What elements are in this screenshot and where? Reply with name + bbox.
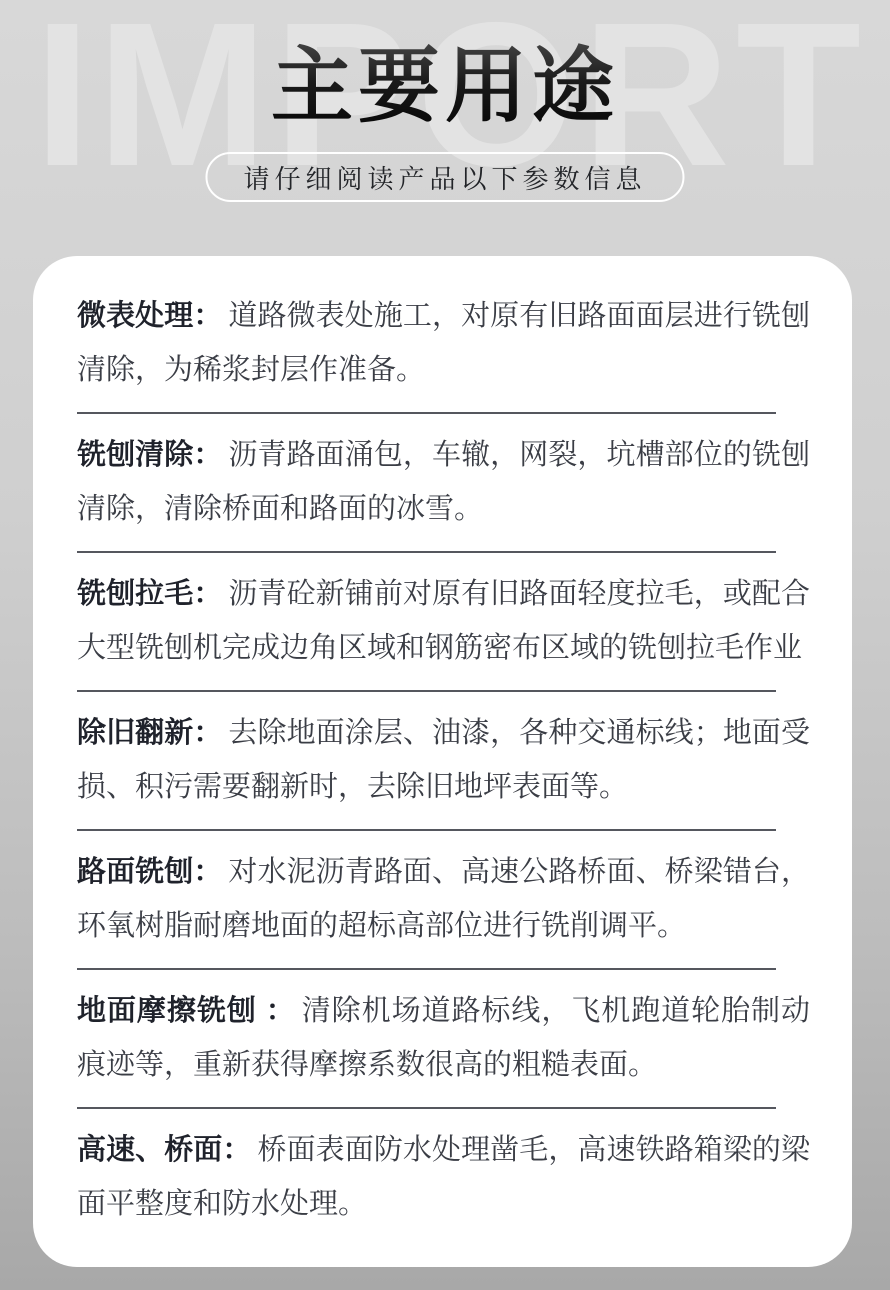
section-paragraph: 地面摩擦铣刨 ：清除机场道路标线，飞机跑道轮胎制动痕迹等，重新获得摩擦系数很高的…	[77, 984, 810, 1092]
subtitle-pill: 请仔细阅读产品以下参数信息	[205, 152, 684, 202]
section-paragraph: 微表处理：道路微表处施工，对原有旧路面面层进行铣刨清除，为稀浆封层作准备。	[77, 289, 810, 397]
section-paragraph: 铣刨清除：沥青路面涌包，车辙，网裂，坑槽部位的铣刨清除，清除桥面和路面的冰雪。	[77, 428, 810, 536]
usage-section-micro-surfacing: 微表处理：道路微表处施工，对原有旧路面面层进行铣刨清除，为稀浆封层作准备。	[77, 289, 810, 397]
usage-section-milling-removal: 铣刨清除：沥青路面涌包，车辙，网裂，坑槽部位的铣刨清除，清除桥面和路面的冰雪。	[77, 428, 810, 536]
section-divider	[77, 412, 776, 414]
usage-section-renovation: 除旧翻新：去除地面涂层、油漆，各种交通标线；地面受损、积污需要翻新时，去除旧地坪…	[77, 706, 810, 814]
content-card: 微表处理：道路微表处施工，对原有旧路面面层进行铣刨清除，为稀浆封层作准备。 铣刨…	[33, 256, 852, 1267]
section-divider	[77, 551, 776, 553]
section-heading: 铣刨清除：	[77, 439, 222, 471]
page-title: 主要用途	[0, 38, 890, 136]
usage-section-friction-milling: 地面摩擦铣刨 ：清除机场道路标线，飞机跑道轮胎制动痕迹等，重新获得摩擦系数很高的…	[77, 984, 810, 1092]
usage-section-highway-bridge-deck: 高速、桥面：桥面表面防水处理凿毛，高速铁路箱梁的梁面平整度和防水处理。	[77, 1123, 810, 1231]
section-divider	[77, 829, 776, 831]
section-heading: 除旧翻新：	[77, 717, 222, 749]
section-divider	[77, 1107, 776, 1109]
section-heading: 路面铣刨：	[77, 856, 222, 888]
section-heading: 铣刨拉毛：	[77, 578, 222, 610]
subtitle-text: 请仔细阅读产品以下参数信息	[243, 159, 646, 196]
section-divider	[77, 968, 776, 970]
section-paragraph: 路面铣刨：对水泥沥青路面、高速公路桥面、桥梁错台，环氧树脂耐磨地面的超标高部位进…	[77, 845, 810, 953]
product-usage-page: IMPORT 主要用途 请仔细阅读产品以下参数信息 微表处理：道路微表处施工，对…	[0, 0, 890, 1290]
section-paragraph: 高速、桥面：桥面表面防水处理凿毛，高速铁路箱梁的梁面平整度和防水处理。	[77, 1123, 810, 1231]
section-paragraph: 除旧翻新：去除地面涂层、油漆，各种交通标线；地面受损、积污需要翻新时，去除旧地坪…	[77, 706, 810, 814]
section-heading: 微表处理：	[77, 300, 222, 332]
usage-section-pavement-milling: 路面铣刨：对水泥沥青路面、高速公路桥面、桥梁错台，环氧树脂耐磨地面的超标高部位进…	[77, 845, 810, 953]
usage-section-milling-roughening: 铣刨拉毛：沥青砼新铺前对原有旧路面轻度拉毛，或配合大型铣刨机完成边角区域和钢筋密…	[77, 567, 810, 675]
hero-banner: IMPORT 主要用途 请仔细阅读产品以下参数信息	[0, 0, 890, 256]
section-heading: 地面摩擦铣刨 ：	[77, 995, 296, 1027]
section-heading: 高速、桥面：	[77, 1134, 252, 1166]
section-paragraph: 铣刨拉毛：沥青砼新铺前对原有旧路面轻度拉毛，或配合大型铣刨机完成边角区域和钢筋密…	[77, 567, 810, 675]
section-divider	[77, 690, 776, 692]
